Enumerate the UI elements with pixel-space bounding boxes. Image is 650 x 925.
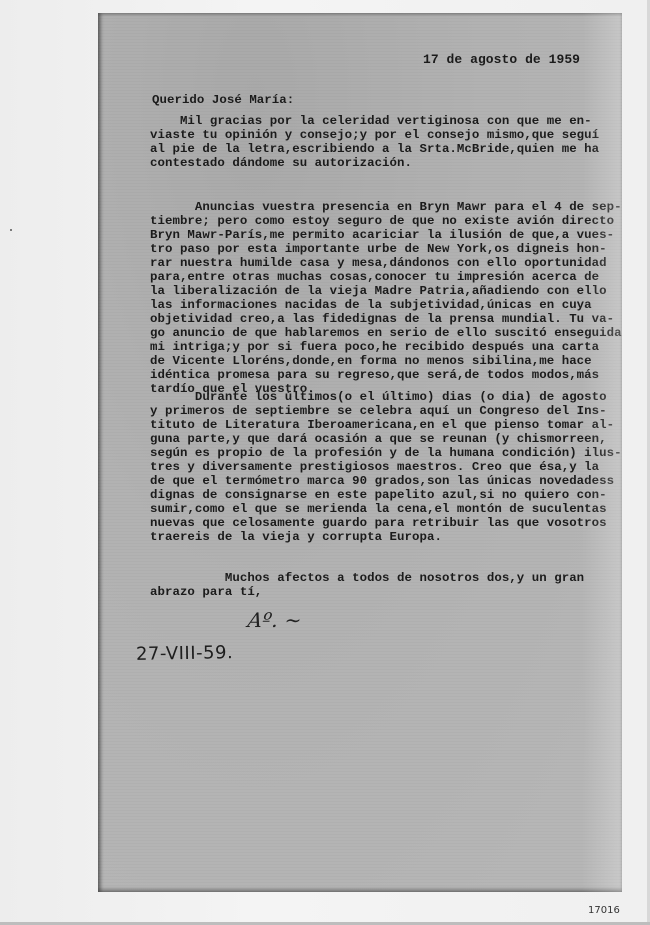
- paragraph-2: Anuncias vuestra presencia en Bryn Mawr …: [150, 200, 620, 396]
- letter-sheet: 17 de agosto de 1959 Querido José María:…: [98, 13, 622, 892]
- paragraph-3: Durante los últimos(o el último) dias (o…: [150, 390, 620, 544]
- stray-ink-mark: [10, 229, 12, 231]
- salutation: Querido José María:: [152, 93, 294, 107]
- typewritten-letter: 17 de agosto de 1959 Querido José María:…: [98, 13, 622, 892]
- letter-date: 17 de agosto de 1959: [423, 53, 580, 67]
- handwritten-date: 27-VIII-59.: [136, 646, 233, 662]
- archive-number: 17016: [588, 905, 620, 916]
- handwritten-signature: Aº. ~: [247, 613, 303, 627]
- closing: Muchos afectos a todos de nosotros dos,y…: [150, 571, 620, 599]
- paragraph-1: Mil gracias por la celeridad vertiginosa…: [150, 114, 620, 170]
